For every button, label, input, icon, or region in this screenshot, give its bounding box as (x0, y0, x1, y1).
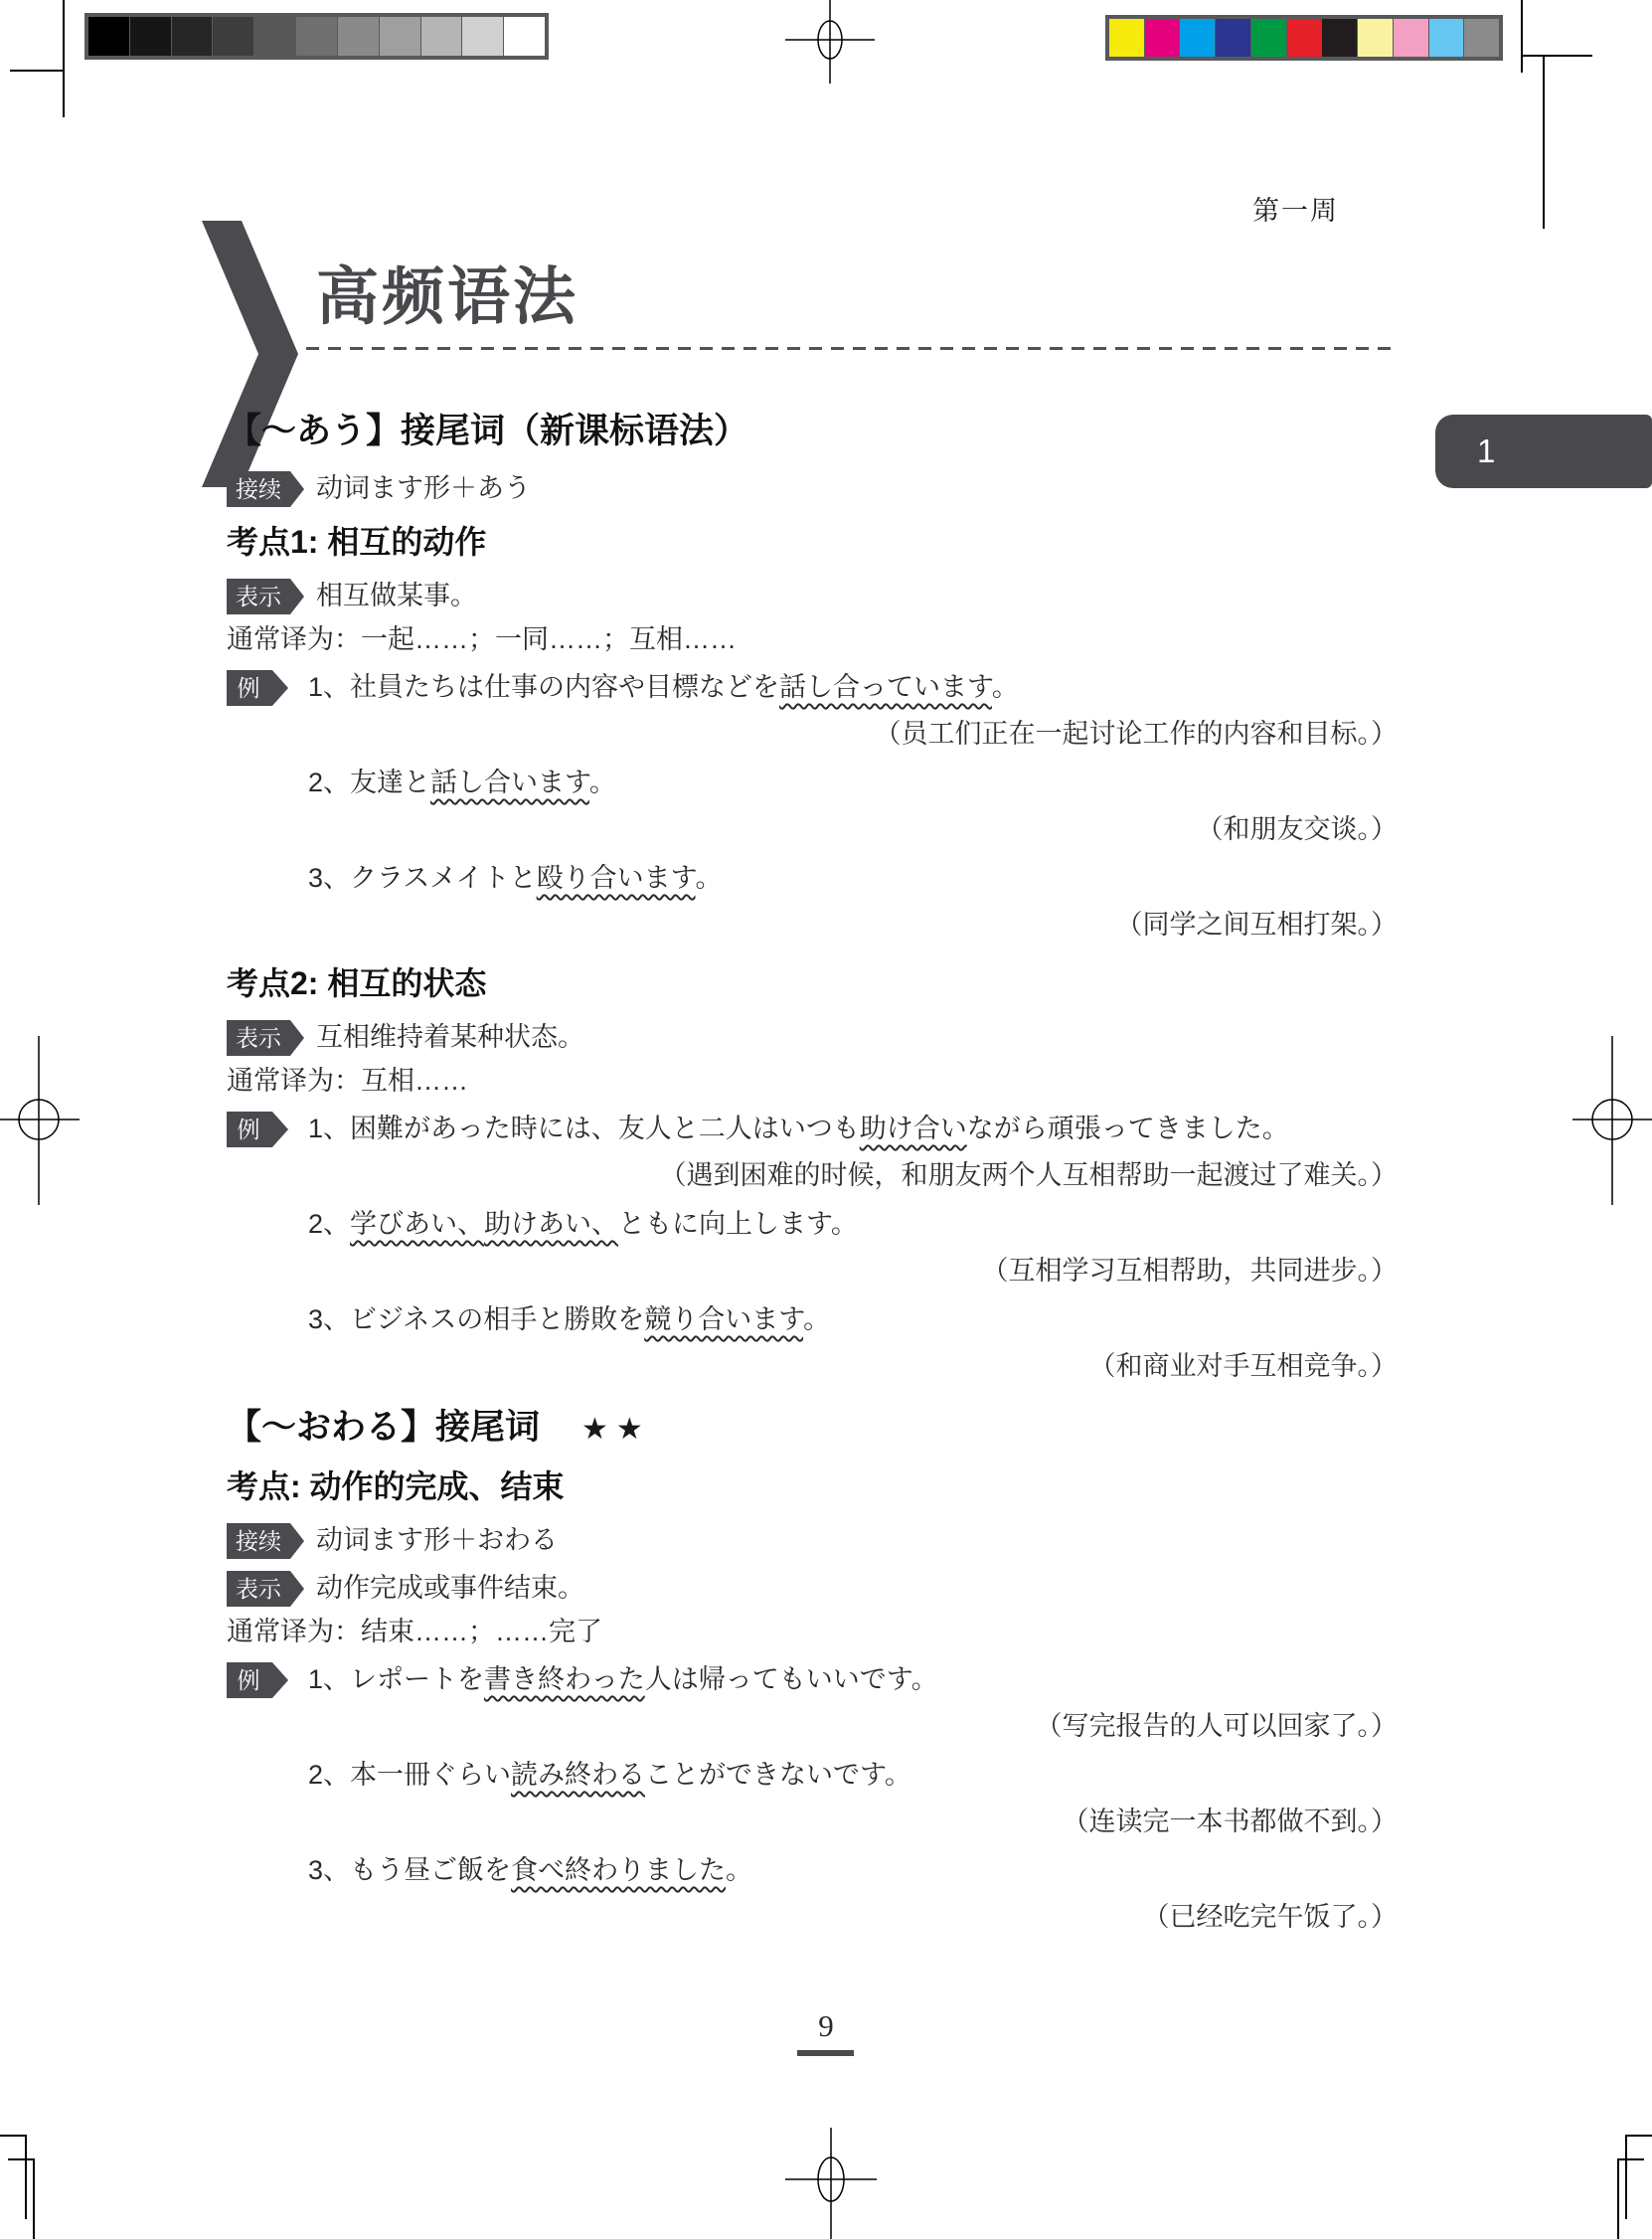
crop-mark-top-right (1543, 55, 1545, 229)
color-swatch (1216, 19, 1251, 57)
example-translation: （互相学习互相帮助，共同进步。） (227, 1253, 1398, 1289)
example-translation: （和商业对手互相竞争。） (227, 1348, 1398, 1384)
registration-mark-top (785, 0, 875, 84)
example-sentence: 例 1、困難があった時には、友人と二人はいつも助け合いながら頑張ってきました。 (227, 1110, 1398, 1147)
color-swatch (1322, 19, 1358, 57)
example-number: 1、 (308, 672, 350, 702)
crop-mark-bottom-right (1625, 2135, 1652, 2137)
example-sentence: 2、本一冊ぐらい読み終わることができないです。 (227, 1756, 1398, 1794)
example-sentence: 例 1、レポートを書き終わった人は帰ってもいいです。 (227, 1660, 1398, 1698)
example-translation: （写完报告的人可以回家了。） (227, 1708, 1398, 1744)
gray-swatch (462, 17, 504, 56)
gray-swatch (130, 17, 172, 56)
connect-text: 动词ます形＋あう (316, 473, 531, 503)
meaning-row: 表示 互相维持着某种状态。 (227, 1018, 1398, 1056)
example-number: 2、 (308, 1209, 350, 1239)
example-badge: 例 (227, 670, 288, 706)
gray-swatch (88, 17, 130, 56)
grammar-highlight: 殴り合います (537, 863, 696, 893)
meaning-badge: 表示 (227, 1571, 304, 1607)
example-text: 。 (803, 1304, 830, 1334)
usually-row: 通常译为：互相…… (227, 1062, 1398, 1100)
meaning-row: 表示 动作完成或事件结束。 (227, 1569, 1398, 1607)
color-swatch (1394, 19, 1429, 57)
crop-mark-bottom-right (1617, 2158, 1644, 2160)
color-calibration-bar (1105, 15, 1503, 61)
page-number-rule (797, 2050, 854, 2056)
grammar-highlight: 書き終わった (484, 1664, 645, 1694)
crop-mark-bottom-left (33, 2158, 35, 2239)
example-number: 1、 (308, 1114, 350, 1143)
example-badge: 例 (227, 1662, 288, 1698)
example-translation: （同学之间互相打架。） (227, 907, 1398, 943)
example-text: 。 (696, 863, 723, 893)
gray-swatch (213, 17, 254, 56)
section-heading-text: 【～おわる】接尾词 (227, 1408, 540, 1447)
connect-badge: 接续 (227, 1523, 304, 1559)
dashed-divider (306, 347, 1398, 350)
example-text: クラスメイトと (350, 863, 537, 893)
example-text: 困難があった時には、友人と二人はいつも (350, 1114, 860, 1143)
section-heading: 【～あう】接尾词（新课标语法） (227, 410, 1398, 453)
example-translation: （和朋友交谈。） (227, 811, 1398, 847)
gray-swatch (172, 17, 214, 56)
example-translation: （遇到困难的时候，和朋友两个人互相帮助一起渡过了难关。） (227, 1157, 1398, 1193)
color-swatch (1109, 19, 1145, 57)
example-text: 友達と (350, 768, 430, 797)
example-sentence: 例 1、社員たちは仕事の内容や目標などを話し合っています。 (227, 668, 1398, 706)
example-text: レポートを (350, 1664, 484, 1694)
example-text: 。 (992, 672, 1019, 702)
meaning-text: 相互做某事。 (316, 581, 477, 610)
chapter-side-tab: 1 (1435, 415, 1652, 488)
usually-row: 通常译为：一起……；一同……；互相…… (227, 620, 1398, 658)
page-title: 高频语法 (316, 247, 578, 337)
connect-text: 动词ます形＋おわる (316, 1525, 558, 1555)
crop-mark-bottom-left (0, 2135, 27, 2137)
example-translation: （连读完一本书都做不到。） (227, 1804, 1398, 1839)
example-number: 1、 (308, 1664, 350, 1694)
page-number: 9 (0, 2008, 1652, 2044)
grayscale-calibration-bar (84, 13, 549, 60)
grammar-highlight: 食べ終わりました (511, 1855, 726, 1885)
crop-mark-bottom-left (25, 2135, 27, 2219)
example-sentence: 3、ビジネスの相手と勝敗を競り合います。 (227, 1300, 1398, 1338)
example-text: 人は帰ってもいいです。 (645, 1664, 938, 1694)
gray-swatch (421, 17, 463, 56)
example-text: もう昼ご飯を (350, 1855, 511, 1885)
grammar-highlight: 読み終わる (511, 1760, 645, 1790)
connect-badge: 接续 (227, 471, 304, 507)
example-number: 3、 (308, 1855, 350, 1885)
example-text: ながら頑張ってきました。 (967, 1114, 1289, 1143)
example-badge: 例 (227, 1112, 288, 1147)
color-swatch (1429, 19, 1465, 57)
color-swatch (1251, 19, 1287, 57)
meaning-badge: 表示 (227, 1020, 304, 1056)
connect-row: 接续 动词ます形＋おわる (227, 1521, 1398, 1559)
example-number: 3、 (308, 1304, 350, 1334)
section-heading: 【～おわる】接尾词★★ (227, 1406, 1398, 1452)
gray-swatch (296, 17, 338, 56)
difficulty-stars: ★★ (581, 1413, 651, 1446)
example-text: ことができないです。 (645, 1760, 911, 1790)
crop-mark-bottom-right (1625, 2135, 1627, 2219)
grammar-highlight: 競り合います (644, 1304, 803, 1334)
color-swatch (1358, 19, 1394, 57)
color-swatch (1145, 19, 1181, 57)
crop-mark-top-right (1521, 55, 1592, 57)
example-number: 2、 (308, 768, 350, 797)
example-sentence: 3、もう昼ご飯を食べ終わりました。 (227, 1851, 1398, 1889)
scanned-book-page: { "header": { "week": "第一周" }, "banner":… (0, 0, 1652, 2239)
example-text: 本一冊ぐらい (350, 1760, 511, 1790)
example-text: ともに向上します。 (618, 1209, 858, 1239)
crop-mark-bottom-right (1617, 2158, 1619, 2239)
meaning-text: 动作完成或事件结束。 (316, 1573, 584, 1603)
registration-mark-bottom (785, 2128, 877, 2239)
example-text: 。 (589, 768, 616, 797)
grammar-highlight: 助け合い (860, 1114, 967, 1143)
color-swatch (1464, 19, 1499, 57)
meaning-badge: 表示 (227, 579, 304, 614)
crop-mark-top-left (10, 70, 65, 72)
example-sentence: 2、学びあい、助けあい、ともに向上します。 (227, 1205, 1398, 1243)
gray-swatch (338, 17, 380, 56)
point-heading: 考点2: 相互的状态 (227, 964, 1398, 1002)
gray-swatch (254, 17, 296, 56)
point-heading: 考点1: 相互的动作 (227, 523, 1398, 561)
color-swatch (1287, 19, 1323, 57)
example-translation: （已经吃完午饭了。） (227, 1899, 1398, 1935)
meaning-text: 互相维持着某种状态。 (316, 1022, 584, 1052)
example-sentence: 2、友達と話し合います。 (227, 764, 1398, 801)
crop-mark-top-right (1521, 0, 1523, 73)
example-translation: （员工们正在一起讨论工作的内容和目标。） (227, 716, 1398, 752)
crop-mark-bottom-left (8, 2158, 35, 2160)
connect-row: 接续 动词ます形＋あう (227, 469, 1398, 507)
registration-mark-left (0, 1036, 83, 1205)
meaning-row: 表示 相互做某事。 (227, 577, 1398, 614)
example-number: 3、 (308, 863, 350, 893)
example-text: 社員たちは仕事の内容や目標などを (350, 672, 779, 702)
example-sentence: 3、クラスメイトと殴り合います。 (227, 859, 1398, 897)
grammar-highlight: 話し合っています (779, 672, 992, 702)
example-text: ビジネスの相手と勝敗を (350, 1304, 644, 1334)
gray-swatch (504, 17, 545, 56)
gray-swatch (380, 17, 421, 56)
grammar-highlight: 助けあい、 (484, 1209, 618, 1239)
color-swatch (1180, 19, 1216, 57)
point-heading: 考点: 动作的完成、结束 (227, 1467, 1398, 1505)
crop-mark-top-left (63, 0, 65, 117)
week-label: 第一周 (1252, 189, 1339, 228)
grammar-highlight: 学びあい、 (350, 1209, 484, 1239)
usually-row: 通常译为：结束……；……完了 (227, 1613, 1398, 1650)
example-text: 。 (726, 1855, 752, 1885)
page-content: 【～あう】接尾词（新课标语法） 接续 动词ます形＋あう 考点1: 相互的动作 表… (227, 410, 1398, 1947)
registration-mark-right (1569, 1036, 1652, 1205)
example-number: 2、 (308, 1760, 350, 1790)
grammar-highlight: 話し合います (430, 768, 589, 797)
